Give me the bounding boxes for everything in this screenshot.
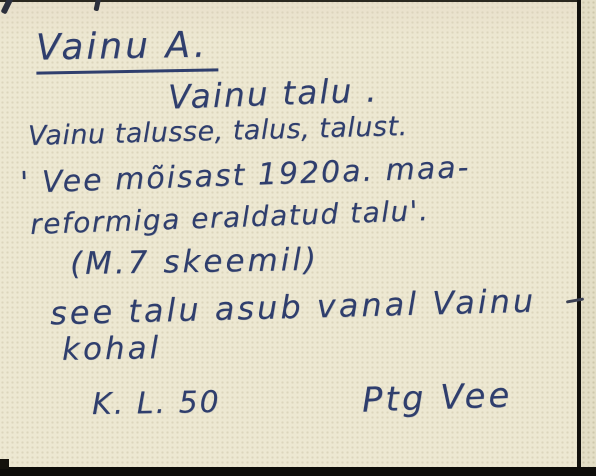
index-card-scan: Vainu A. Vainu talu . Vainu talusse, tal… [0,0,596,476]
handwritten-line: (M.7 skeemil) [70,242,320,282]
handwritten-line: ' Vee mõisast 1920a. maa- [20,150,471,201]
adjacent-card-edge [581,0,596,476]
scan-corner-artifact [0,459,9,469]
place-code: Ptg Vee [361,375,513,420]
scan-right-edge [577,0,581,476]
collector-code: K. L. 50 [92,385,221,422]
handwritten-line: see talu asub vanal Vainu [50,282,537,333]
handwritten-line: reformiga eraldatud talu'. [30,194,430,241]
heading-underlined-text: Vainu A. [36,24,219,74]
ink-mark [1,0,14,14]
handwritten-line: Vainu talu . [167,70,379,116]
handwritten-line: Vainu talusse, talus, talust. [28,111,408,152]
scan-top-edge [0,0,596,2]
ink-mark [93,0,101,11]
scan-bottom-edge [0,467,596,476]
heading-line: Vainu A. [36,24,219,74]
handwritten-line: kohal [62,330,162,368]
